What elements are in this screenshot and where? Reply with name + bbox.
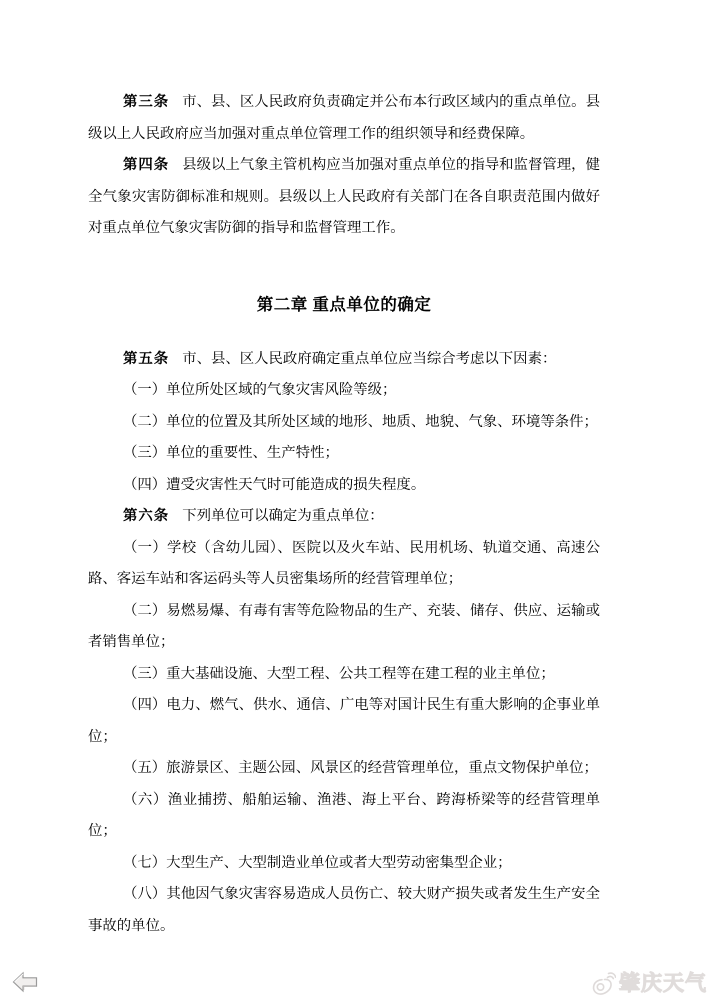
article-3-label: 第三条 [123,94,169,110]
article-5-item-2: （二）单位的位置及其所处区域的地形、地质、地貌、气象、环境等条件； [88,407,600,439]
article-5-intro: 市、县、区人民政府确定重点单位应当综合考虑以下因素： [182,351,556,367]
article-6-item-3: （三）重大基础设施、大型工程、公共工程等在建工程的业主单位； [88,659,600,691]
watermark: 肇庆天气 [590,970,707,998]
back-arrow-icon [12,980,38,997]
article-4-label: 第四条 [123,157,169,173]
article-6-item-8: （八）其他因气象灾害容易造成人员伤亡、较大财产损失或者发生生产安全事故的单位。 [88,879,600,942]
back-arrow-button[interactable] [12,971,38,993]
article-3-paragraph: 第三条市、县、区人民政府负责确定并公布本行政区域内的重点单位。县级以上人民政府应… [88,87,600,150]
article-6-label: 第六条 [123,508,169,524]
article-5-item-1: （一）单位所处区域的气象灾害风险等级； [88,375,600,407]
watermark-text: 肇庆天气 [619,970,707,998]
document-page: 第三条市、县、区人民政府负责确定并公布本行政区域内的重点单位。县级以上人民政府应… [0,0,709,1003]
article-6-paragraph: 第六条下列单位可以确定为重点单位： [88,501,600,533]
article-4-paragraph: 第四条县级以上气象主管机构应当加强对重点单位的指导和监督管理，健全气象灾害防御标… [88,150,600,245]
article-5-paragraph: 第五条市、县、区人民政府确定重点单位应当综合考虑以下因素： [88,344,600,376]
article-6-item-5: （五）旅游景区、主题公园、风景区的经营管理单位，重点文物保护单位； [88,753,600,785]
document-body: 第三条市、县、区人民政府负责确定并公布本行政区域内的重点单位。县级以上人民政府应… [88,87,600,942]
article-6-item-7: （七）大型生产、大型制造业单位或者大型劳动密集型企业； [88,848,600,880]
article-6-item-1: （一）学校（含幼儿园）、医院以及火车站、民用机场、轨道交通、高速公路、客运车站和… [88,533,600,596]
article-5-label: 第五条 [123,351,169,367]
article-5-item-4: （四）遭受灾害性天气时可能造成的损失程度。 [88,470,600,502]
article-6-item-4: （四）电力、燃气、供水、通信、广电等对国计民生有重大影响的企事业单位； [88,690,600,753]
article-5-item-3: （三）单位的重要性、生产特性； [88,438,600,470]
chapter-2-heading: 第二章 重点单位的确定 [88,289,600,321]
article-6-item-2: （二）易燃易爆、有毒有害等危险物品的生产、充装、储存、供应、运输或者销售单位； [88,596,600,659]
article-6-item-6: （六）渔业捕捞、船舶运输、渔港、海上平台、跨海桥梁等的经营管理单位； [88,785,600,848]
weibo-icon [590,970,616,998]
article-6-intro: 下列单位可以确定为重点单位： [182,508,383,524]
